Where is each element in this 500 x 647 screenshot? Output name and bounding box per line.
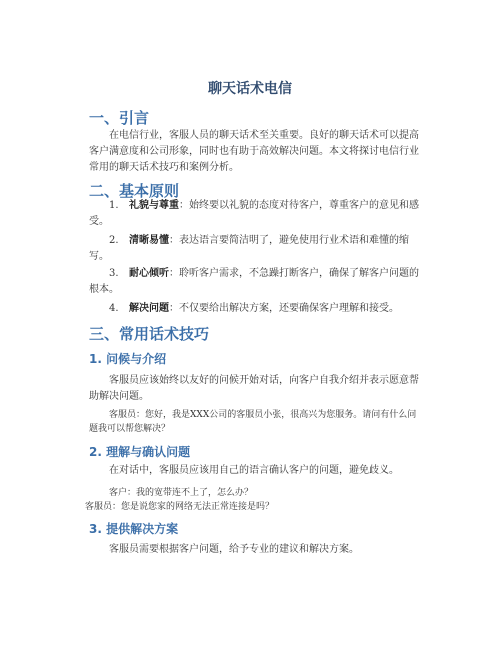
section-heading-intro: 一、引言 bbox=[89, 107, 149, 128]
item-number: 1. bbox=[109, 198, 129, 214]
dialog-line-agent: 客服员：您是说您家的网络无法正常连接是吗？ bbox=[85, 500, 419, 514]
principle-item: 3.耐心倾听：聆听客户需求，不急躁打断客户，确保了解客户问题的根本。 bbox=[89, 266, 419, 298]
item-number: 3. bbox=[109, 266, 129, 282]
confirm-paragraph: 在对话中，客服员应该用自己的语言确认客户的问题，避免歧义。 bbox=[89, 463, 419, 479]
item-term: 耐心倾听 bbox=[129, 268, 169, 279]
dialog-line-customer: 客户：我的宽带连不上了，怎么办？ bbox=[89, 486, 419, 500]
item-number: 2. bbox=[109, 233, 129, 249]
greeting-paragraph: 客服员应该始终以友好的问候开始对话，向客户自我介绍并表示愿意帮助解决问题。 bbox=[89, 373, 419, 405]
subsection-heading-solution: 3. 提供解决方案 bbox=[89, 520, 178, 537]
item-term: 解决问题 bbox=[129, 303, 169, 314]
greeting-example: 客服员：您好，我是XXX公司的客服员小张，很高兴为您服务。请问有什么问题我可以帮… bbox=[89, 408, 419, 436]
section-heading-techniques: 三、常用话术技巧 bbox=[89, 323, 209, 344]
principle-item: 1.礼貌与尊重：始终要以礼貌的态度对待客户，尊重客户的意见和感受。 bbox=[89, 198, 419, 230]
subsection-heading-greeting: 1. 问候与介绍 bbox=[89, 350, 166, 367]
item-term: 礼貌与尊重 bbox=[129, 200, 179, 211]
intro-paragraph: 在电信行业，客服人员的聊天话术至关重要。良好的聊天话术可以提高客户满意度和公司形… bbox=[89, 128, 419, 176]
solution-paragraph: 客服员需要根据客户问题，给予专业的建议和解决方案。 bbox=[89, 542, 419, 558]
document-title: 聊天话术电信 bbox=[0, 78, 500, 98]
document-page: 聊天话术电信 一、引言 在电信行业，客服人员的聊天话术至关重要。良好的聊天话术可… bbox=[0, 0, 500, 647]
item-term: 清晰易懂 bbox=[129, 235, 169, 246]
principle-item: 4.解决问题：不仅要给出解决方案，还要确保客户理解和接受。 bbox=[89, 301, 419, 317]
confirm-dialog: 客户：我的宽带连不上了，怎么办？ 客服员：您是说您家的网络无法正常连接是吗？ bbox=[89, 486, 419, 514]
subsection-heading-confirm: 2. 理解与确认问题 bbox=[89, 443, 190, 460]
item-number: 4. bbox=[109, 301, 129, 317]
item-text: ：不仅要给出解决方案，还要确保客户理解和接受。 bbox=[169, 303, 399, 314]
principle-item: 2.清晰易懂：表达语言要简洁明了，避免使用行业术语和难懂的缩写。 bbox=[89, 233, 419, 265]
